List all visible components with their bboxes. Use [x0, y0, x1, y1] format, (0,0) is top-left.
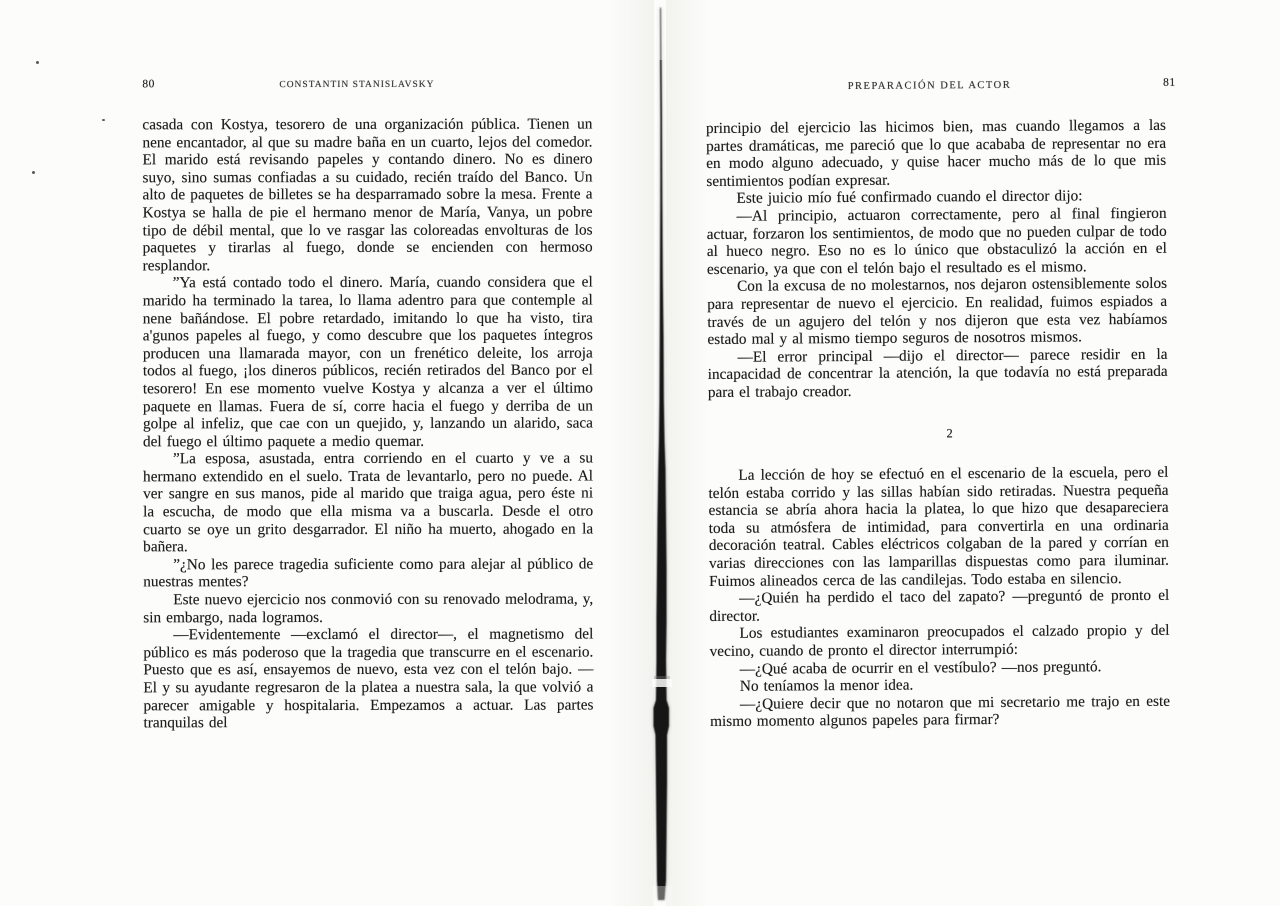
left-page-content: 80 CONSTANTIN STANISLAVSKY casada con Ko… — [0, 0, 655, 906]
paragraph: La lección de hoy se efectuó en el escen… — [708, 464, 1169, 590]
paragraph: —Al principio, actuaron correctamente, p… — [707, 205, 1167, 279]
left-running-title: CONSTANTIN STANISLAVSKY — [279, 80, 434, 90]
book-gutter — [640, 0, 684, 906]
paragraph: principio del ejercicio las hicimos bien… — [706, 117, 1166, 191]
right-running-head: PREPARACIÓN DEL ACTOR 81 — [706, 77, 1164, 96]
right-page-text: principio del ejercicio las hicimos bien… — [706, 117, 1170, 731]
paragraph: casada con Kostya, tesorero de una organ… — [142, 116, 592, 275]
scan-speck — [102, 119, 105, 121]
paragraph: —¿Qué acaba de ocurrir en el vestíbulo? … — [710, 657, 1170, 678]
paragraph: Este nuevo ejercicio nos conmovió con su… — [143, 591, 593, 627]
paragraph: Los estudiantes examinaron preocupados e… — [709, 622, 1169, 660]
paragraph: —¿Quién ha perdido el taco del zapato? —… — [709, 587, 1169, 625]
right-page: PREPARACIÓN DEL ACTOR 81 principio del e… — [666, 0, 1280, 906]
paragraph: —¿Quiere decir que no notaron que mi sec… — [710, 693, 1170, 731]
book-scan: 80 CONSTANTIN STANISLAVSKY casada con Ko… — [0, 0, 1280, 906]
left-page-text: casada con Kostya, tesorero de una organ… — [142, 116, 593, 733]
right-page-content: PREPARACIÓN DEL ACTOR 81 principio del e… — [663, 0, 1280, 906]
paragraph: ”La esposa, asustada, entra corriendo en… — [143, 450, 593, 556]
paragraph: —Evidentemente —exclamó el director—, el… — [143, 626, 593, 732]
paragraph: Con la excusa de no molestarnos, nos dej… — [707, 275, 1167, 349]
paragraph: ”Ya está contado todo el dinero. María, … — [143, 274, 593, 451]
section-number: 2 — [708, 423, 1168, 444]
scan-speck — [36, 61, 39, 64]
scan-speck — [32, 171, 35, 174]
left-page-number: 80 — [142, 78, 155, 90]
left-page: 80 CONSTANTIN STANISLAVSKY casada con Ko… — [0, 0, 654, 906]
left-running-head: 80 CONSTANTIN STANISLAVSKY — [142, 78, 592, 95]
right-page-number: 81 — [1163, 77, 1176, 89]
paragraph: —El error principal —dijo el director— p… — [708, 345, 1168, 401]
right-running-title: PREPARACIÓN DEL ACTOR — [848, 80, 1012, 92]
paragraph: ”¿No les parece tragedia suficiente como… — [143, 555, 593, 591]
